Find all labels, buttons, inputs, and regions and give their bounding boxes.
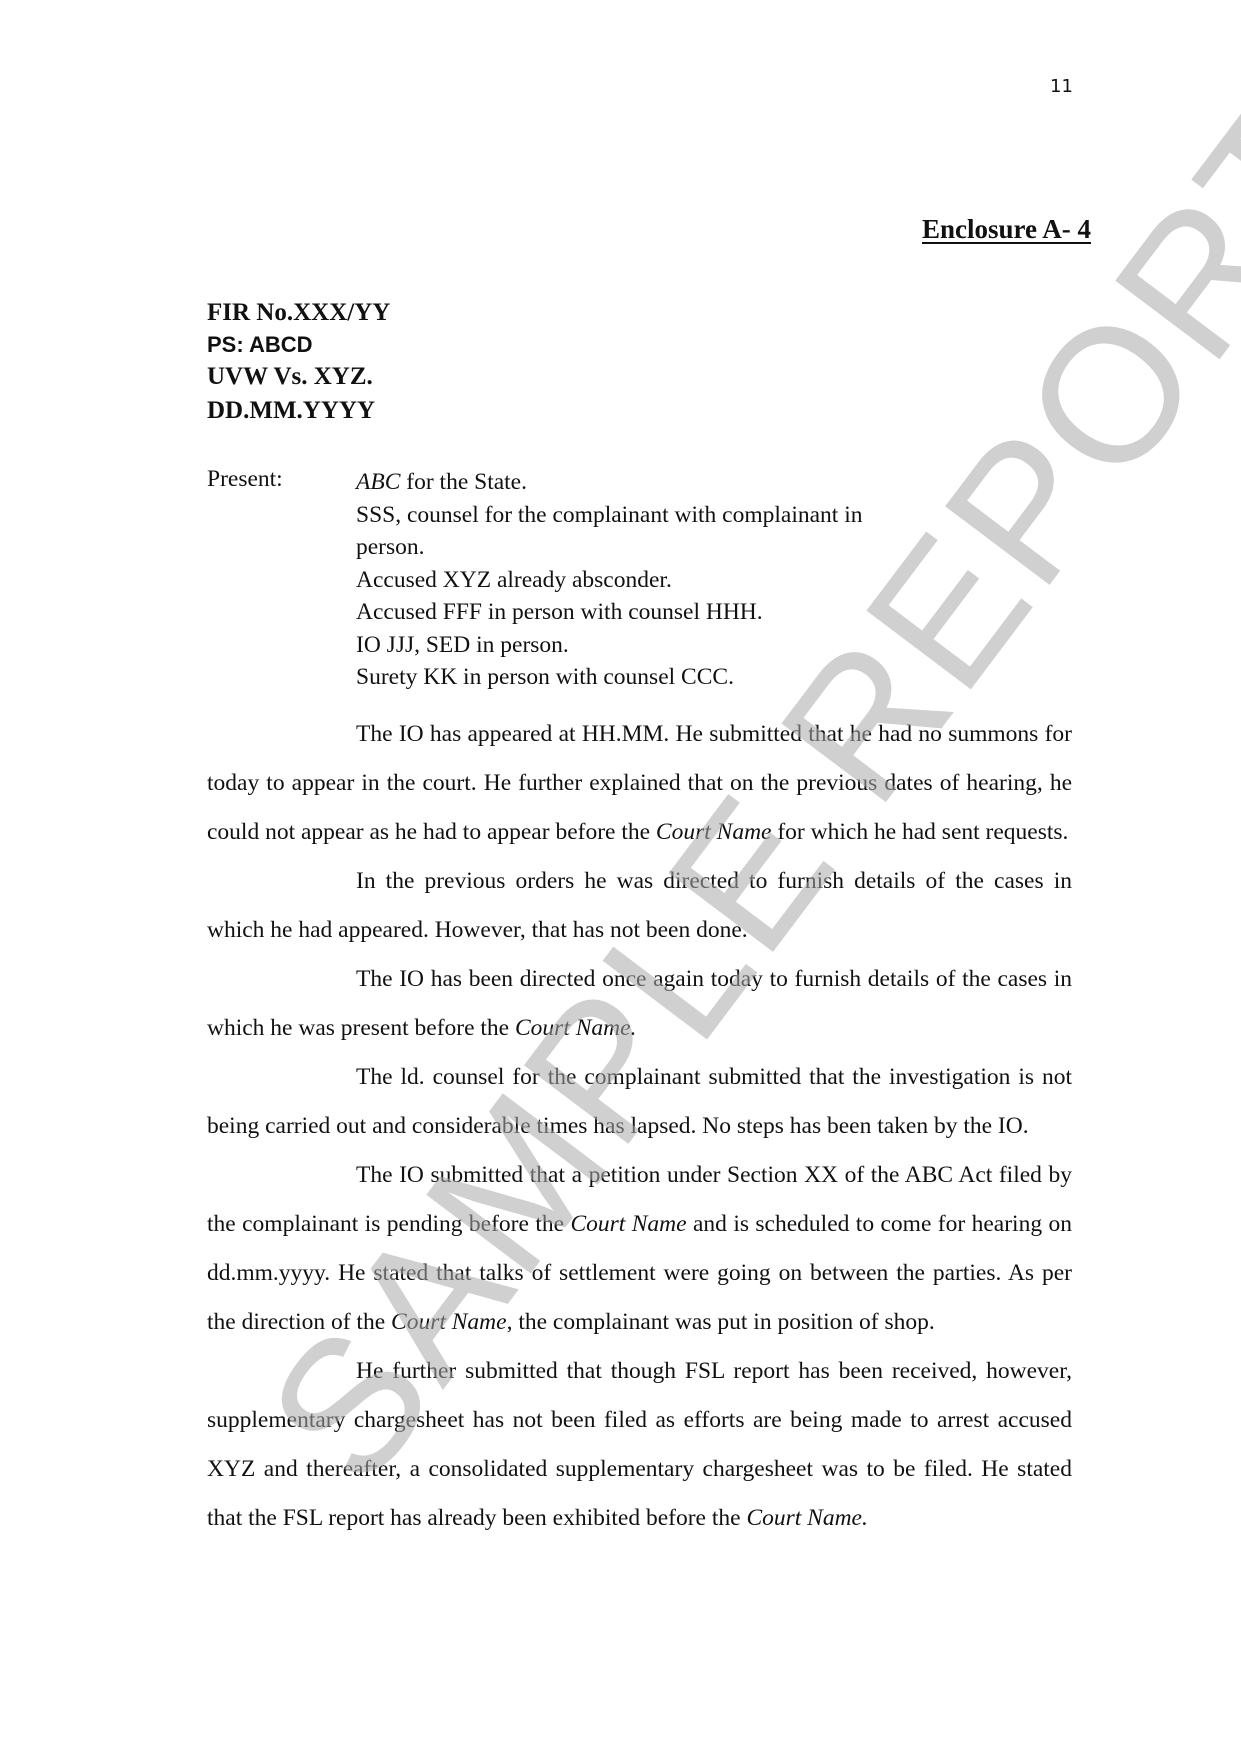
case-date: DD.MM.YYYY — [207, 394, 390, 428]
police-station: PS: ABCD — [207, 330, 390, 360]
paragraph: The IO submitted that a petition under S… — [207, 1151, 1072, 1347]
paragraph: The IO has been directed once again toda… — [207, 955, 1072, 1053]
present-item-text: IO JJJ, SED in person. — [356, 632, 569, 658]
paragraph: In the previous orders he was directed t… — [207, 857, 1072, 955]
fir-number: FIR No.XXX/YY — [207, 296, 390, 330]
present-item-text: SSS, counsel for the complainant with co… — [356, 502, 862, 528]
present-label: Present: — [207, 466, 283, 493]
present-list: ABC for the State. SSS, counsel for the … — [356, 466, 1056, 694]
enclosure-title: Enclosure A- 4 — [922, 214, 1091, 245]
case-header: FIR No.XXX/YY PS: ABCD UVW Vs. XYZ. DD.M… — [207, 296, 390, 428]
order-body: The IO has appeared at HH.MM. He submitt… — [207, 710, 1072, 1543]
paragraph: He further submitted that though FSL rep… — [207, 1347, 1072, 1543]
present-item: Surety KK in person with counsel CCC. — [356, 661, 1056, 694]
present-item: IO JJJ, SED in person. — [356, 629, 1056, 662]
present-item: Accused FFF in person with counsel HHH. — [356, 596, 1056, 629]
present-item: Accused XYZ already absconder. — [356, 564, 1056, 597]
present-item-text: for the State. — [400, 469, 527, 495]
present-item: SSS, counsel for the complainant with co… — [356, 499, 1056, 532]
paragraph: The ld. counsel for the complainant subm… — [207, 1053, 1072, 1151]
present-item-italic: ABC — [356, 469, 400, 495]
case-parties: UVW Vs. XYZ. — [207, 360, 390, 394]
present-item-text: Accused XYZ already absconder. — [356, 567, 672, 593]
present-item: ABC for the State. — [356, 466, 1056, 499]
page-number: 11 — [1050, 76, 1073, 97]
present-item-text: Surety KK in person with counsel CCC. — [356, 664, 734, 690]
present-item-text: Accused FFF in person with counsel HHH. — [356, 599, 763, 625]
present-item: person. — [356, 531, 1056, 564]
paragraph: The IO has appeared at HH.MM. He submitt… — [207, 710, 1072, 857]
present-item-text: person. — [356, 534, 425, 560]
